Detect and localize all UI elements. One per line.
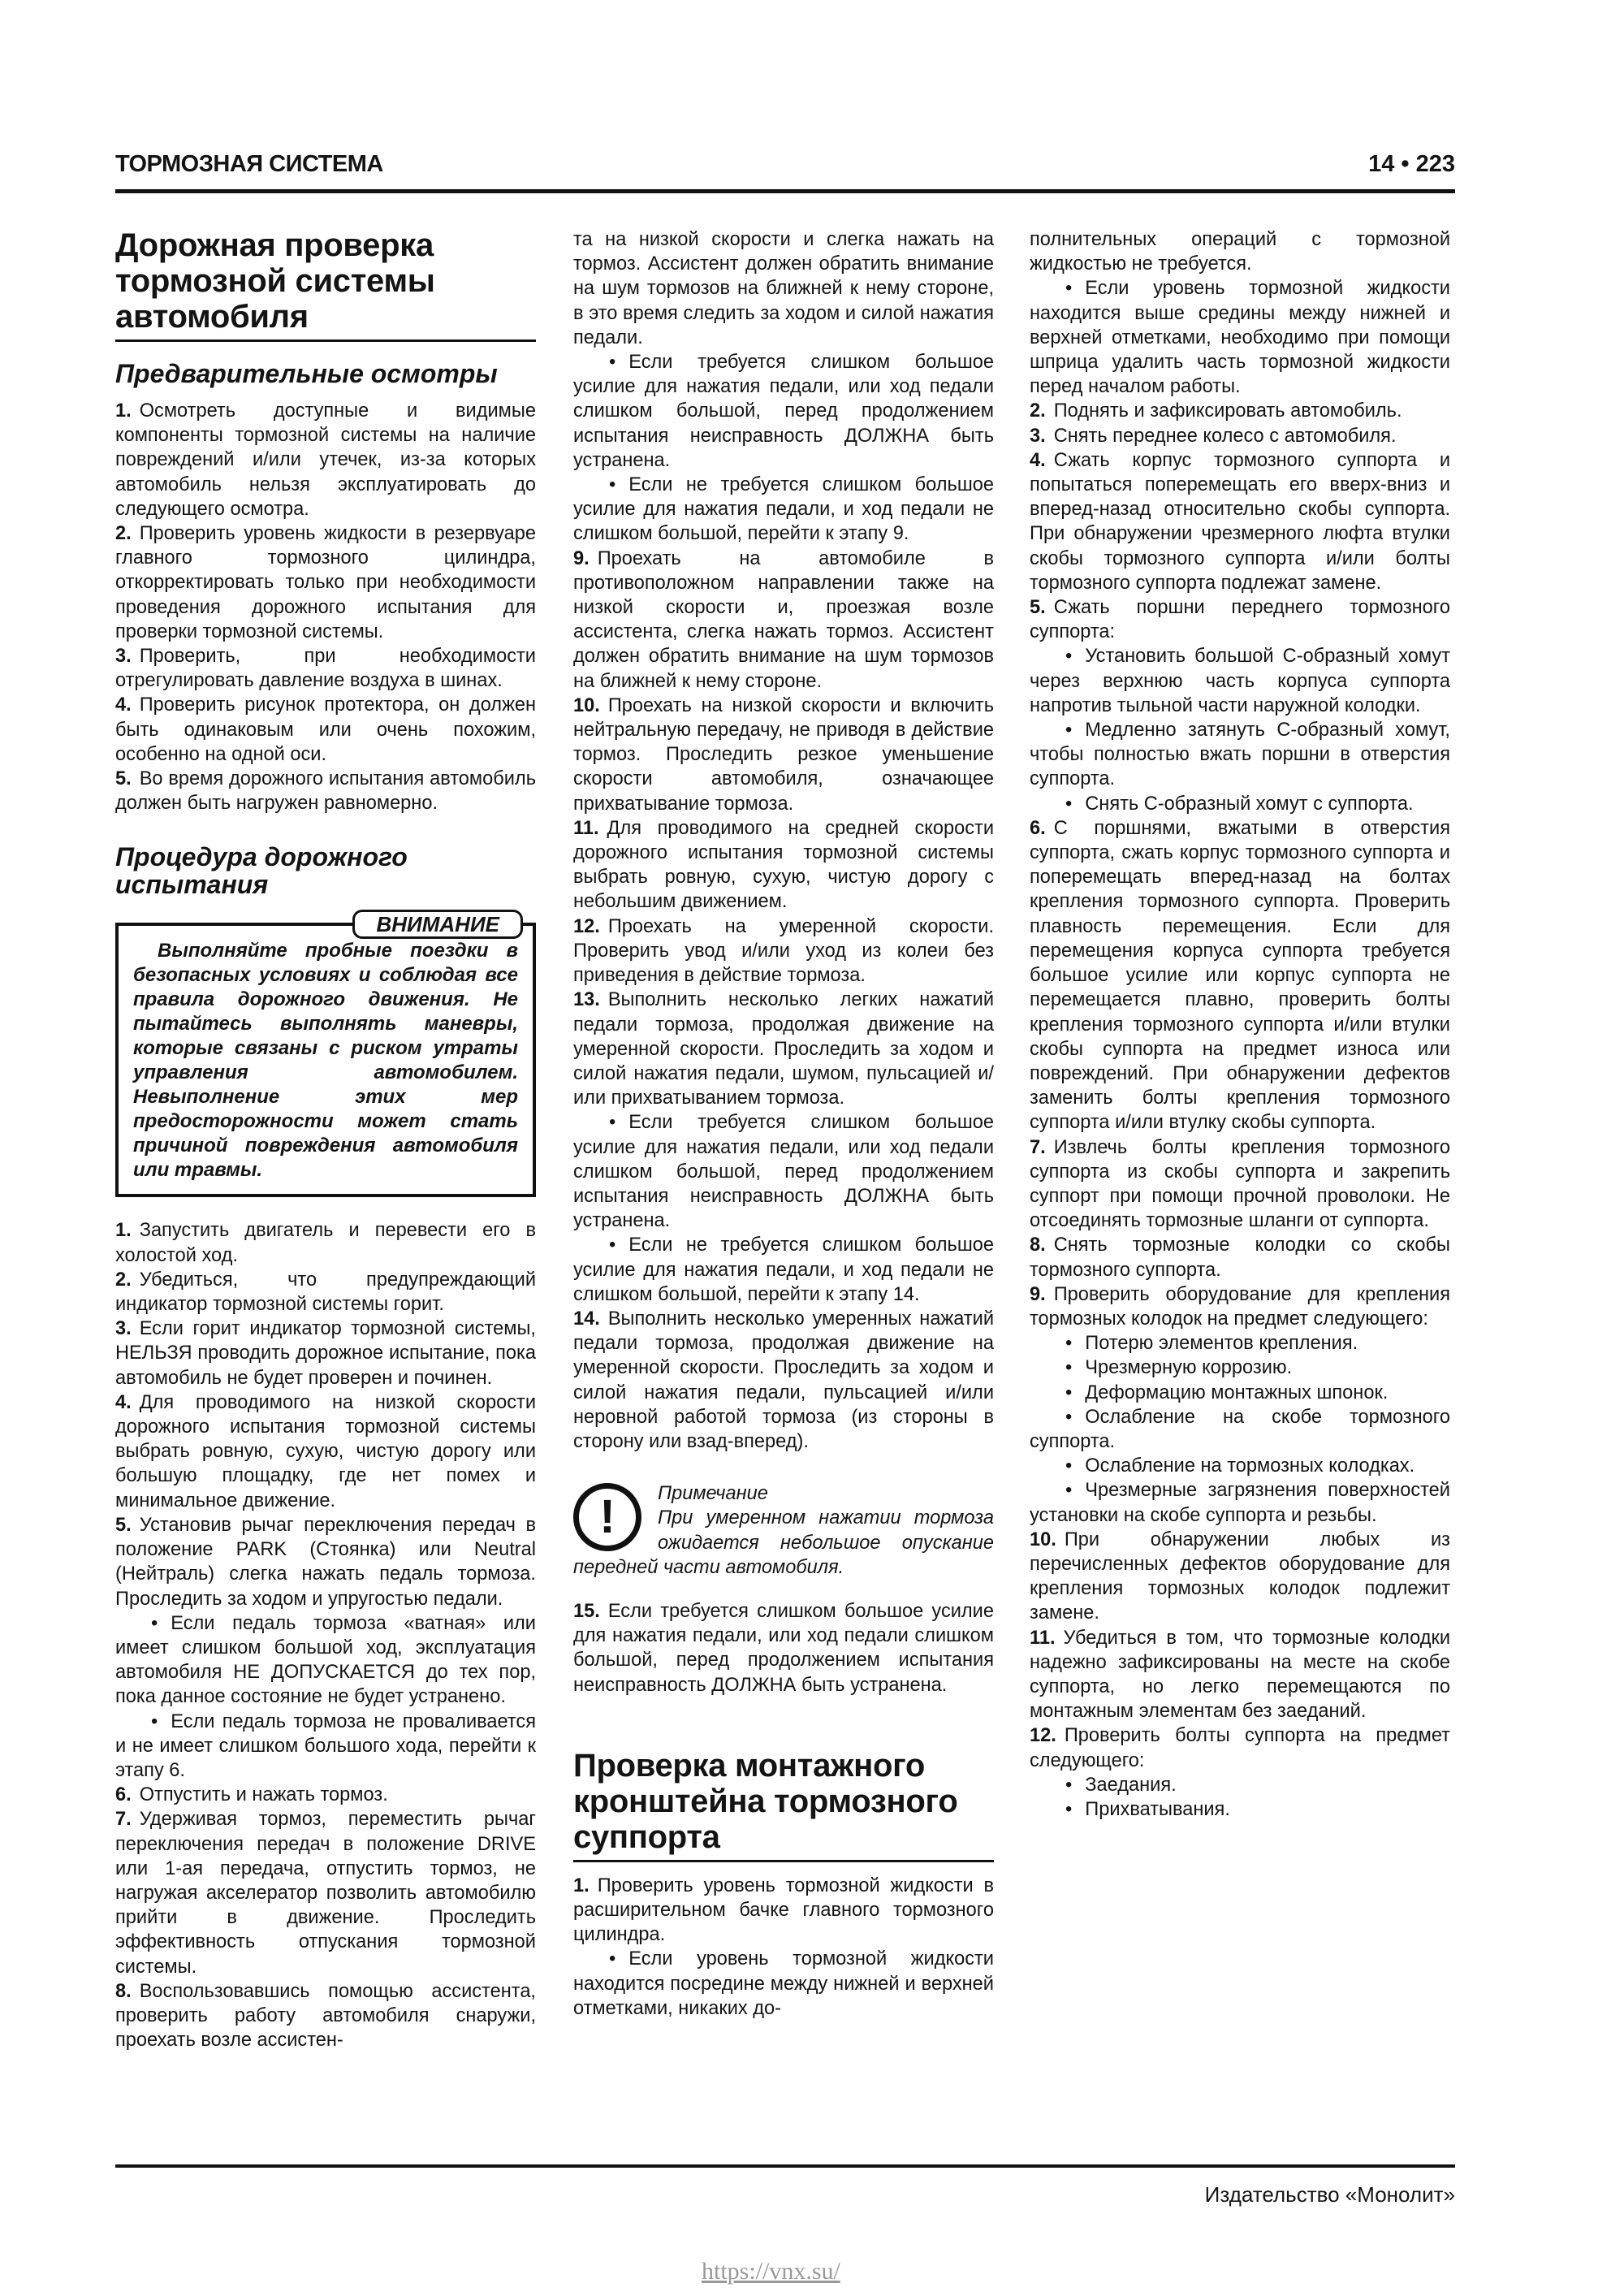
list-item: 5.Установив рычаг переключения передач в… [115,1513,536,1611]
section-title-caliper-bracket: Проверка монтажного кронштейна тормозног… [573,1748,994,1862]
list-item: 11.Убедиться в том, что тормозные колодк… [1030,1626,1450,1724]
watermark-link[interactable]: https://vnx.su/ [702,2258,840,2285]
bullet-item: Снять С-образный хомут с суппорта. [1030,792,1450,816]
running-section-title: ТОРМОЗНАЯ СИСТЕМА [115,151,383,178]
header-divider [115,189,1455,193]
bullet-item: Если уровень тормозной жидкости находитс… [1030,276,1450,399]
subheading-test-procedure: Процедура дорожного испытания [115,843,536,898]
bullet-item: Заедания. [1030,1773,1450,1797]
bullet-item: Если не требуется слишком большое усилие… [573,1233,994,1307]
bullet-item: Если уровень тормозной жидкости находитс… [573,1947,994,2021]
list-item: 4.Проверить рисунок протектора, он долже… [115,693,536,767]
note-box: ! Примечание При умеренном нажатии тормо… [573,1481,994,1580]
list-item: 12.Проверить болты суппорта на предмет с… [1030,1723,1450,1772]
bullet-item: Если педаль тормоза «ватная» или имеет с… [115,1611,536,1710]
column-2: та на низкой скорости и слегка нажать на… [573,227,994,2021]
warning-label: ВНИМАНИЕ [352,910,523,939]
list-item: 9.Проехать на автомобиле в противоположн… [573,547,994,694]
list-item: 10.Проехать на низкой скорости и включит… [573,694,994,816]
list-item: 7.Извлечь болты крепления тормозного суп… [1030,1135,1450,1234]
bullet-item: Медленно затянуть С-образный хомут, чтоб… [1030,718,1450,792]
page-header: ТОРМОЗНАЯ СИСТЕМА 14 • 223 [115,151,1455,184]
bullet-item: Деформацию монтажных шпонок. [1030,1381,1450,1405]
list-item: 4.Сжать корпус тормозного суппорта и поп… [1030,448,1450,595]
column-3: полнительных операций с тормозной жидкос… [1030,227,1450,1822]
list-item: 7.Удерживая тормоз, переместить рычаг пе… [115,1807,536,1978]
bullet-item: Если требуется слишком большое усилие дл… [573,1110,994,1233]
warning-box: ВНИМАНИЕ Выполняйте пробные поездки в бе… [115,923,536,1197]
bullet-item: Ослабление на тормозных колодках. [1030,1454,1450,1478]
list-item: 5.Во время дорожного испытания автомобил… [115,767,536,815]
bullet-item: Ослабление на скобе тормозного суппорта. [1030,1405,1450,1454]
bullet-item: Прихватывания. [1030,1797,1450,1822]
bullet-item: Если не требуется слишком большое усилие… [573,473,994,547]
footer-divider [115,2164,1455,2168]
list-item: 15.Если требуется слишком большое усилие… [573,1599,994,1697]
list-item: 13.Выполнить несколько легких нажатий пе… [573,988,994,1110]
page-number: 14 • 223 [1368,151,1455,178]
list-item: 6.Отпустить и нажать тормоз. [115,1783,536,1807]
list-item: 8.Воспользовавшись помощью ассистента, п… [115,1979,536,2053]
list-item: 2.Проверить уровень жидкости в резервуар… [115,521,536,644]
list-item: 11.Для проводимого на средней скорости д… [573,816,994,915]
list-item: 3.Снять переднее колесо с автомобиля. [1030,424,1450,448]
bullet-item: Установить большой С-образный хомут чере… [1030,644,1450,718]
bullet-item: Чрезмерные загрязнения поверхностей уста… [1030,1478,1450,1527]
list-item: 2.Убедиться, что предупреждающий индикат… [115,1268,536,1317]
list-item: 5.Сжать поршни переднего тормозного супп… [1030,595,1450,644]
list-item: 1.Проверить уровень тормозной жидкости в… [573,1874,994,1948]
bullet-item: Если требуется слишком большое усилие дл… [573,350,994,473]
subheading-preliminary-checks: Предварительные осмотры [115,360,536,387]
column-1: Дорожная проверка тормозной системы авто… [115,227,536,2052]
list-item: 2.Поднять и зафиксировать автомобиль. [1030,399,1450,423]
list-item: 4.Для проводимого на низкой скорости дор… [115,1390,536,1513]
list-item: 10.При обнаружении любых из перечисленны… [1030,1528,1450,1626]
list-item: 8.Снять тормозные колодки со скобы тормо… [1030,1233,1450,1282]
bullet-continuation: полнительных операций с тормозной жидкос… [1030,227,1450,276]
list-item-continuation: та на низкой скорости и слегка нажать на… [573,227,994,350]
section-title-road-test: Дорожная проверка тормозной системы авто… [115,227,536,342]
list-item: 6.С поршнями, вжатыми в отверстия суппор… [1030,816,1450,1135]
bullet-item: Если педаль тормоза не проваливается и н… [115,1710,536,1784]
bullet-item: Потерю элементов крепления. [1030,1331,1450,1356]
warning-text: Выполняйте пробные поездки в безопасных … [133,939,518,1183]
list-item: 12.Проехать на умеренной скорости. Прове… [573,915,994,988]
list-item: 1.Осмотреть доступные и видимые компонен… [115,399,536,521]
list-item: 3.Если горит индикатор тормозной системы… [115,1317,536,1390]
list-item: 3.Проверить, при необходимости отрегулир… [115,644,536,693]
list-item: 9.Проверить оборудование для крепления т… [1030,1282,1450,1331]
list-item: 14.Выполнить несколько умеренных нажатий… [573,1307,994,1454]
list-item: 1.Запустить двигатель и перевести его в … [115,1218,536,1267]
bullet-item: Чрезмерную коррозию. [1030,1356,1450,1380]
publisher-credit: Издательство «Монолит» [1205,2182,1455,2207]
exclamation-icon: ! [573,1483,641,1551]
